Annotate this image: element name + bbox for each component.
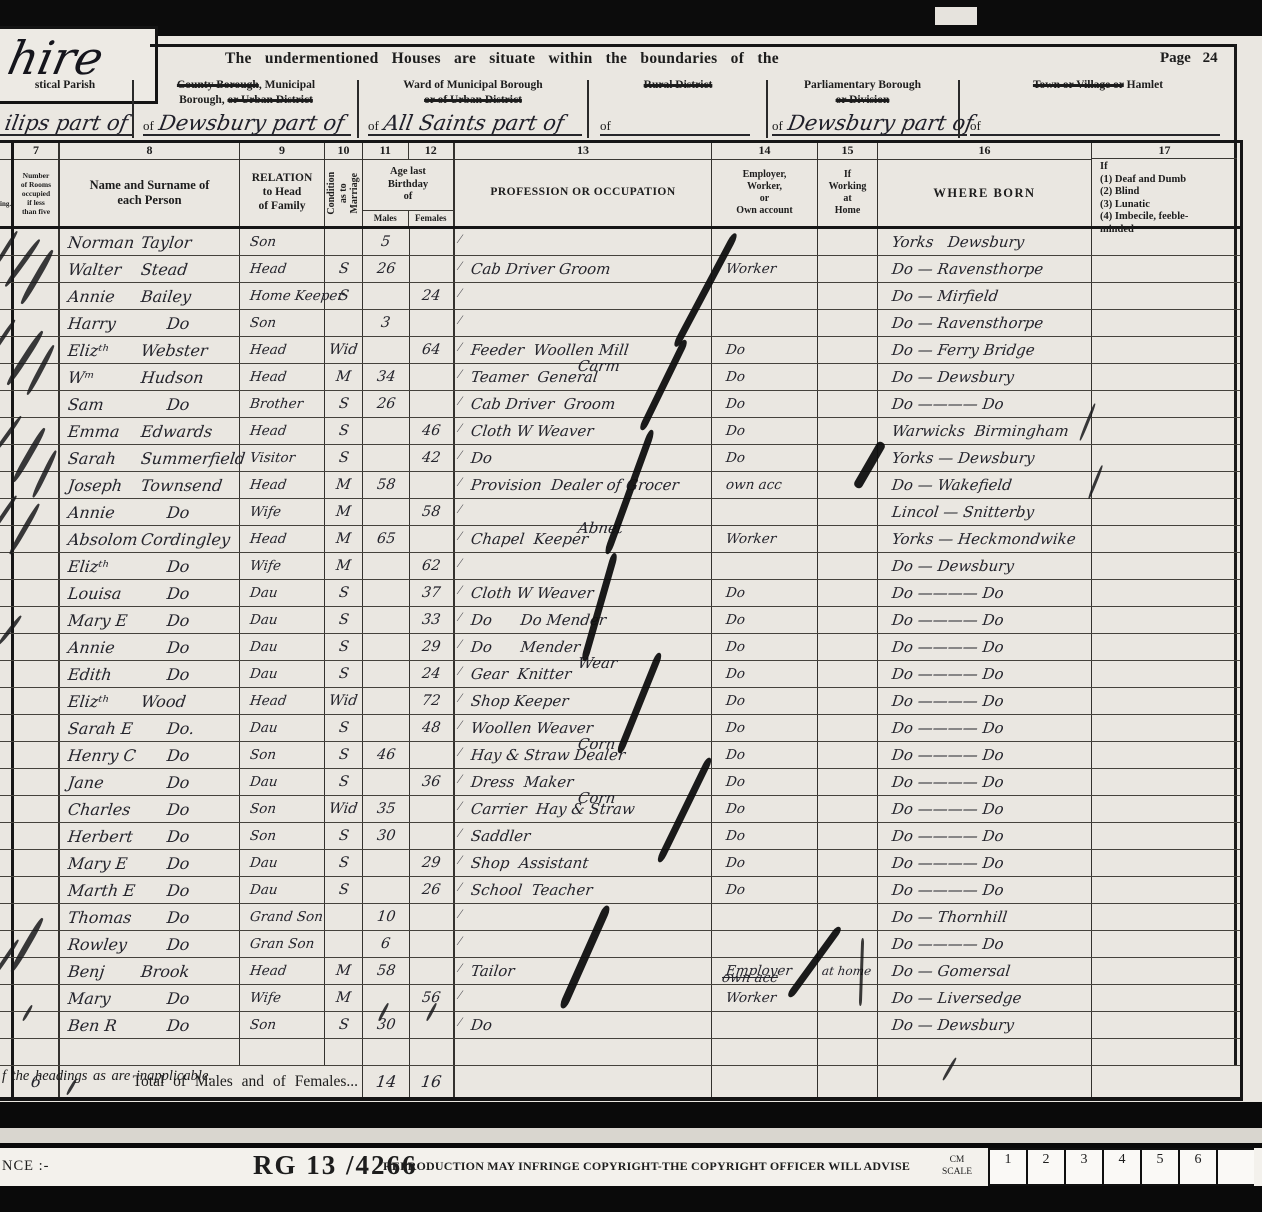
handwritten-entry: M bbox=[335, 531, 352, 547]
handwritten-entry: S bbox=[338, 747, 350, 763]
cell-relation: Son bbox=[240, 1012, 325, 1038]
cell-infirmity bbox=[1092, 796, 1237, 822]
cell-employer bbox=[712, 499, 818, 525]
cell-rooms bbox=[14, 391, 60, 417]
cell-age-female: 36 bbox=[410, 769, 455, 795]
handwritten-entry: 29 bbox=[421, 639, 441, 655]
cell-rooms bbox=[14, 580, 60, 606]
handwritten-entry: Gear Knitter bbox=[454, 665, 572, 683]
cell-condition: M bbox=[325, 472, 363, 498]
handwritten-entry: S bbox=[338, 288, 350, 304]
cell-name: RowleyDo bbox=[60, 931, 240, 957]
handwritten-entry: Visitor bbox=[239, 450, 296, 466]
handwritten-entry: Do ———— Do bbox=[877, 773, 1005, 791]
cm-scale-ruler: 123456 bbox=[988, 1148, 1254, 1186]
handwritten-entry: at home bbox=[817, 964, 872, 978]
cell-relation: Grand Son bbox=[240, 904, 325, 930]
census-row: AbsolomCordingleyHeadM65Chapel KeeperAbn… bbox=[0, 526, 1240, 553]
cell-relation: Son bbox=[240, 796, 325, 822]
handwritten-entry: Do bbox=[711, 882, 746, 898]
handwritten-entry: Do ———— Do bbox=[877, 395, 1005, 413]
cell-occupation bbox=[455, 310, 712, 336]
cell-infirmity bbox=[1092, 958, 1237, 984]
cell-name: SarahSummerfield bbox=[60, 445, 240, 471]
census-row: AnnieBaileyHome KeeperS24Do — Mirfield bbox=[0, 283, 1240, 310]
handwritten-entry: 26 bbox=[376, 396, 396, 412]
handwritten-entry: Do bbox=[166, 611, 191, 630]
copyright-notice: REPRODUCTION MAY INFRINGE COPYRIGHT-THE … bbox=[383, 1159, 910, 1174]
cell-where-born: Do ———— Do bbox=[878, 931, 1092, 957]
cell-where-born: Do — Ravensthorpe bbox=[878, 310, 1092, 336]
cell-employer: Do bbox=[712, 688, 818, 714]
handwritten-entry: S bbox=[338, 828, 350, 844]
cell-relation: Gran Son bbox=[240, 931, 325, 957]
handwritten-entry: Cordingley bbox=[139, 530, 230, 549]
handwritten-entry: 56 bbox=[421, 990, 441, 1006]
district-rural: Rural District of bbox=[592, 78, 764, 93]
cell-condition: M bbox=[325, 526, 363, 552]
cell-working-at-home bbox=[818, 526, 878, 552]
row-edge bbox=[0, 391, 14, 417]
cell-age-male bbox=[363, 337, 410, 363]
ruler-cell: 3 bbox=[1064, 1148, 1102, 1186]
handwritten-entry: Do bbox=[711, 423, 746, 439]
handwritten-entry: Head bbox=[239, 261, 287, 277]
handwritten-entry: Do ———— Do bbox=[877, 881, 1005, 899]
cell-employer: Worker bbox=[712, 526, 818, 552]
handwritten-entry: Head bbox=[239, 342, 287, 358]
cell-employer: Do bbox=[712, 445, 818, 471]
cell-relation: Son bbox=[240, 310, 325, 336]
handwritten-entry: Do bbox=[711, 720, 746, 736]
cell-age-female bbox=[410, 1012, 455, 1038]
cell-infirmity bbox=[1092, 391, 1237, 417]
cell-working-at-home bbox=[818, 877, 878, 903]
handwritten-entry: 30 bbox=[376, 828, 396, 844]
handwritten-entry: Do Do Mender bbox=[454, 611, 607, 629]
handwritten-entry: 65 bbox=[376, 531, 396, 547]
cell-infirmity bbox=[1092, 715, 1237, 741]
handwritten-entry: Yorks Dewsbury bbox=[877, 233, 1025, 251]
cell-working-at-home bbox=[818, 742, 878, 768]
cell-name: EdithDo bbox=[60, 661, 240, 687]
cell-occupation: Cloth W Weaver bbox=[455, 418, 712, 444]
cell-infirmity bbox=[1092, 661, 1237, 687]
cell-where-born: Do — Liversedge bbox=[878, 985, 1092, 1011]
cell-where-born: Warwicks Birmingham bbox=[878, 418, 1092, 444]
handwritten-entry: Mary E bbox=[59, 611, 129, 630]
handwritten-entry: Dau bbox=[239, 666, 279, 682]
column-header-age: 1112 Age last Birthday of MalesFemales bbox=[363, 143, 455, 226]
cell-relation: Head bbox=[240, 418, 325, 444]
row-edge bbox=[0, 472, 14, 498]
cell-condition: M bbox=[325, 364, 363, 390]
handwritten-entry: Walter bbox=[59, 260, 123, 279]
cell-infirmity bbox=[1092, 229, 1237, 255]
cell-condition: S bbox=[325, 607, 363, 633]
cell-occupation: Gear KnitterWear bbox=[455, 661, 712, 687]
column-header-employer: 14Employer, Worker, or Own account bbox=[712, 143, 818, 226]
cell-where-born: Do ———— Do bbox=[878, 877, 1092, 903]
cell-condition: M bbox=[325, 553, 363, 579]
census-row: ElizᵗʰDoWifeM62Do — Dewsbury bbox=[0, 553, 1240, 580]
column-header-condition: 10Condition as to Marriage bbox=[325, 143, 363, 226]
cell-relation: Dau bbox=[240, 634, 325, 660]
handwritten-entry: Summerfield bbox=[139, 449, 246, 468]
handwritten-entry: M bbox=[335, 558, 352, 574]
handwritten-entry: S bbox=[338, 450, 350, 466]
cell-occupation: Shop Keeper bbox=[455, 688, 712, 714]
handwritten-entry: Cloth W Weaver bbox=[454, 422, 595, 440]
cell-condition: S bbox=[325, 418, 363, 444]
cell-age-female bbox=[410, 742, 455, 768]
handwritten-entry: Do — Gomersal bbox=[877, 962, 1012, 980]
census-row: MaryDoWifeM56WorkerDo — Liversedge bbox=[0, 985, 1240, 1012]
cell-age-female: 46 bbox=[410, 418, 455, 444]
handwritten-entry: Do bbox=[166, 881, 191, 900]
table-body: NormanTaylorSon5Yorks DewsburyWalterStea… bbox=[0, 229, 1240, 1039]
handwritten-entry: Do bbox=[166, 989, 191, 1008]
handwritten-entry: Annie bbox=[59, 503, 116, 522]
handwritten-entry: Do bbox=[166, 827, 191, 846]
cell-occupation: Carrier Hay & StrawCorn bbox=[455, 796, 712, 822]
cell-occupation: Cab Driver Groom bbox=[455, 256, 712, 282]
cell-working-at-home bbox=[818, 607, 878, 633]
cell-where-born: Do — Mirfield bbox=[878, 283, 1092, 309]
cell-age-male: 30 bbox=[363, 1012, 410, 1038]
handwritten-entry: Do bbox=[166, 503, 191, 522]
handwritten-entry: Wid bbox=[328, 801, 359, 817]
census-row: SarahSummerfieldVisitorS42DoDoYorks — De… bbox=[0, 445, 1240, 472]
district-ecclesiastical-parish: stical Parish ilips part of bbox=[0, 78, 130, 93]
handwritten-entry: 34 bbox=[376, 369, 396, 385]
cell-employer bbox=[712, 1012, 818, 1038]
census-row: WᵐHudsonHeadM34Teamer GeneralCarmDoDo — … bbox=[0, 364, 1240, 391]
handwritten-entry: Do ———— Do bbox=[877, 719, 1005, 737]
cell-relation: Dau bbox=[240, 877, 325, 903]
form-footnote: f the headings as are inapplicable. bbox=[2, 1068, 212, 1085]
cell-employer bbox=[712, 553, 818, 579]
cell-age-female bbox=[410, 472, 455, 498]
handwritten-entry: Chapel Keeper bbox=[454, 530, 589, 548]
handwritten-entry: Do ———— Do bbox=[877, 854, 1005, 872]
cell-infirmity bbox=[1092, 526, 1237, 552]
handwritten-entry: M bbox=[335, 963, 352, 979]
cell-condition: S bbox=[325, 877, 363, 903]
ruler-cell: 2 bbox=[1026, 1148, 1064, 1186]
cell-infirmity bbox=[1092, 1012, 1237, 1038]
cell-working-at-home bbox=[818, 337, 878, 363]
cell-name: MaryDo bbox=[60, 985, 240, 1011]
cell-name: JosephTownsend bbox=[60, 472, 240, 498]
handwritten-entry: S bbox=[338, 720, 350, 736]
handwritten-entry: Louisa bbox=[59, 584, 123, 603]
cell-age-female bbox=[410, 526, 455, 552]
ruler-cell: 1 bbox=[988, 1148, 1026, 1186]
cell-age-male bbox=[363, 607, 410, 633]
cell-name: AnnieDo bbox=[60, 499, 240, 525]
district-county-borough: County Borough, Municipal Borough, or Ur… bbox=[137, 78, 355, 108]
handwritten-entry: own acc bbox=[721, 970, 779, 986]
census-row: Mary EDoDauS33Do Do MenderDoDo ———— Do bbox=[0, 607, 1240, 634]
cell-infirmity bbox=[1092, 499, 1237, 525]
cell-relation: Wife bbox=[240, 985, 325, 1011]
handwritten-entry: 72 bbox=[421, 693, 441, 709]
cell-condition: Wid bbox=[325, 796, 363, 822]
handwritten-entry: Wife bbox=[239, 504, 282, 520]
handwritten-entry: M bbox=[335, 369, 352, 385]
cell-relation: Dau bbox=[240, 850, 325, 876]
handwritten-entry: Do bbox=[711, 801, 746, 817]
handwritten-entry: Do — Dewsbury bbox=[877, 368, 1015, 386]
district-parliamentary-borough: Parliamentary Borough or Division ofDews… bbox=[770, 78, 955, 108]
cell-occupation: Do bbox=[455, 1012, 712, 1038]
ruler-cell: 4 bbox=[1102, 1148, 1140, 1186]
cell-infirmity bbox=[1092, 418, 1237, 444]
cell-where-born: Do ———— Do bbox=[878, 580, 1092, 606]
cell-where-born: Do — Dewsbury bbox=[878, 553, 1092, 579]
handwritten-entry: Do bbox=[166, 908, 191, 927]
document-top-border bbox=[150, 44, 1236, 47]
census-row: NormanTaylorSon5Yorks Dewsbury bbox=[0, 229, 1240, 256]
handwritten-entry: Do bbox=[166, 557, 191, 576]
cell-occupation: Do Do Mender bbox=[455, 607, 712, 633]
cell-age-male bbox=[363, 283, 410, 309]
census-row: EmmaEdwardsHeadS46Cloth W WeaverDoWarwic… bbox=[0, 418, 1240, 445]
handwritten-entry: Townsend bbox=[139, 476, 223, 495]
cell-occupation bbox=[455, 985, 712, 1011]
cell-age-male bbox=[363, 850, 410, 876]
cell-infirmity bbox=[1092, 985, 1237, 1011]
handwritten-entry: S bbox=[338, 423, 350, 439]
handwritten-entry: Do. bbox=[166, 719, 196, 738]
handwritten-entry: Do ———— Do bbox=[877, 800, 1005, 818]
handwritten-entry: Mary bbox=[59, 989, 112, 1008]
handwritten-entry: 58 bbox=[376, 963, 396, 979]
handwritten-entry: Do ———— Do bbox=[877, 827, 1005, 845]
row-edge bbox=[0, 661, 14, 687]
handwritten-entry: Dau bbox=[239, 882, 279, 898]
handwritten-entry: Bailey bbox=[139, 287, 191, 306]
handwritten-entry: Do — Wakefield bbox=[877, 476, 1013, 494]
cell-infirmity bbox=[1092, 634, 1237, 660]
column-header-occupation: 13PROFESSION OR OCCUPATION bbox=[455, 143, 712, 226]
cell-infirmity bbox=[1092, 445, 1237, 471]
row-edge bbox=[0, 904, 14, 930]
cell-occupation: Provision Dealer of Grocer bbox=[455, 472, 712, 498]
handwritten-entry: Annie bbox=[59, 638, 116, 657]
cell-age-male: 35 bbox=[363, 796, 410, 822]
handwritten-entry: Do bbox=[166, 665, 191, 684]
cell-working-at-home bbox=[818, 364, 878, 390]
cell-where-born: Do ———— Do bbox=[878, 688, 1092, 714]
row-edge bbox=[0, 553, 14, 579]
handwritten-entry: S bbox=[338, 585, 350, 601]
cell-employer: Do bbox=[712, 796, 818, 822]
handwritten-entry: Yorks — Heckmondwike bbox=[877, 530, 1077, 548]
handwritten-entry: Worker bbox=[711, 531, 777, 547]
handwritten-entry: School Teacher bbox=[454, 881, 594, 899]
cell-rooms bbox=[14, 769, 60, 795]
reference-label-partial: NCE :- bbox=[2, 1158, 49, 1175]
cell-name: WalterStead bbox=[60, 256, 240, 282]
cell-age-male: 5 bbox=[363, 229, 410, 255]
cell-relation: Brother bbox=[240, 391, 325, 417]
ruler-cell bbox=[1216, 1148, 1254, 1186]
cell-employer bbox=[712, 904, 818, 930]
handwritten-entry: Head bbox=[239, 693, 287, 709]
cell-condition: S bbox=[325, 769, 363, 795]
cell-employer bbox=[712, 283, 818, 309]
cell-occupation bbox=[455, 283, 712, 309]
handwritten-entry: Do ———— Do bbox=[877, 665, 1005, 683]
cell-relation: Wife bbox=[240, 499, 325, 525]
handwritten-entry: Taylor bbox=[139, 233, 192, 252]
handwritten-entry: Corn bbox=[577, 735, 617, 753]
cell-relation: Son bbox=[240, 823, 325, 849]
cell-age-male: 34 bbox=[363, 364, 410, 390]
empty-row bbox=[0, 1039, 1240, 1066]
totals-males: 14 bbox=[363, 1066, 410, 1097]
handwritten-entry: Do bbox=[711, 855, 746, 871]
cell-employer: Do bbox=[712, 823, 818, 849]
handwritten-entry: 29 bbox=[421, 855, 441, 871]
cell-employer: own acc bbox=[712, 472, 818, 498]
cell-age-female: 48 bbox=[410, 715, 455, 741]
cell-working-at-home bbox=[818, 391, 878, 417]
cell-where-born: Yorks — Heckmondwike bbox=[878, 526, 1092, 552]
handwritten-entry: Dau bbox=[239, 720, 279, 736]
handwritten-entry: Lincol — Snitterby bbox=[877, 503, 1035, 521]
handwritten-entry: Cab Driver Groom bbox=[454, 260, 612, 278]
handwritten-entry: S bbox=[338, 639, 350, 655]
cell-working-at-home bbox=[818, 499, 878, 525]
handwritten-entry: Elizᵗʰ bbox=[59, 557, 111, 576]
cell-employer: Do bbox=[712, 742, 818, 768]
cell-name: EmmaEdwards bbox=[60, 418, 240, 444]
handwritten-entry: Son bbox=[239, 234, 277, 250]
cell-rooms bbox=[14, 796, 60, 822]
cell-rooms bbox=[14, 715, 60, 741]
cell-infirmity bbox=[1092, 310, 1237, 336]
cell-name: CharlesDo bbox=[60, 796, 240, 822]
handwritten-entry: Head bbox=[239, 423, 287, 439]
cell-occupation: Hay & Straw DealerCorn bbox=[455, 742, 712, 768]
handwritten-entry: Do ———— Do bbox=[877, 692, 1005, 710]
row-edge bbox=[0, 1012, 14, 1038]
cell-where-born: Do — Wakefield bbox=[878, 472, 1092, 498]
handwritten-entry: 36 bbox=[421, 774, 441, 790]
district-label: Rural District bbox=[592, 78, 764, 93]
cell-working-at-home bbox=[818, 688, 878, 714]
cell-relation: Head bbox=[240, 364, 325, 390]
cell-working-at-home bbox=[818, 769, 878, 795]
handwritten-entry: Do bbox=[711, 450, 746, 466]
cell-age-male: 30 bbox=[363, 823, 410, 849]
cell-condition: Wid bbox=[325, 337, 363, 363]
cell-condition: S bbox=[325, 580, 363, 606]
handwritten-entry: Annie bbox=[59, 287, 116, 306]
handwritten-entry: Wid bbox=[328, 693, 359, 709]
cell-working-at-home bbox=[818, 283, 878, 309]
cell-condition: S bbox=[325, 742, 363, 768]
cell-name: HerbertDo bbox=[60, 823, 240, 849]
cell-age-female: 72 bbox=[410, 688, 455, 714]
cell-age-male: 6 bbox=[363, 931, 410, 957]
census-row: JosephTownsendHeadM58Provision Dealer of… bbox=[0, 472, 1240, 499]
cell-rooms bbox=[14, 607, 60, 633]
cell-employer: Worker bbox=[712, 985, 818, 1011]
handwritten-entry: Do — Ferry Bridge bbox=[877, 341, 1036, 359]
cell-age-male bbox=[363, 499, 410, 525]
cell-infirmity bbox=[1092, 472, 1237, 498]
census-scan-page: hire The undermentioned Houses are situa… bbox=[0, 0, 1262, 1212]
cell-name: Mary EDo bbox=[60, 850, 240, 876]
cell-age-female bbox=[410, 904, 455, 930]
cell-condition: M bbox=[325, 499, 363, 525]
cell-age-female bbox=[410, 796, 455, 822]
census-row: ElizᵗʰWoodHeadWid72Shop KeeperDoDo ———— … bbox=[0, 688, 1240, 715]
cell-occupation bbox=[455, 904, 712, 930]
handwritten-entry: Charles bbox=[59, 800, 132, 819]
handwritten-entry: M bbox=[335, 990, 352, 1006]
handwritten-entry: own acc bbox=[711, 477, 783, 493]
cell-infirmity bbox=[1092, 742, 1237, 768]
cell-where-born: Do — Dewsbury bbox=[878, 1012, 1092, 1038]
census-row: SamDoBrotherS26Cab Driver GroomDoDo ————… bbox=[0, 391, 1240, 418]
district-ward: Ward of Municipal Borough or of Urban Di… bbox=[362, 78, 584, 108]
cell-age-male bbox=[363, 769, 410, 795]
cell-age-male: 10 bbox=[363, 904, 410, 930]
handwritten-entry: Son bbox=[239, 1017, 277, 1033]
cell-infirmity bbox=[1092, 337, 1237, 363]
handwritten-entry: Hudson bbox=[139, 368, 204, 387]
row-edge bbox=[0, 850, 14, 876]
cell-name: ElizᵗʰWebster bbox=[60, 337, 240, 363]
handwritten-entry: Tailor bbox=[454, 962, 516, 980]
handwritten-entry: Rowley bbox=[59, 935, 128, 954]
handwritten-entry: Wid bbox=[328, 342, 359, 358]
handwritten-entry: Do — Liversedge bbox=[877, 989, 1023, 1007]
cell-name: SamDo bbox=[60, 391, 240, 417]
handwritten-entry: 26 bbox=[421, 882, 441, 898]
cell-where-born: Do ———— Do bbox=[878, 661, 1092, 687]
cell-employer: Do bbox=[712, 364, 818, 390]
district-label: stical Parish bbox=[0, 78, 130, 93]
handwritten-entry: M bbox=[335, 477, 352, 493]
cell-condition: S bbox=[325, 1012, 363, 1038]
cell-infirmity bbox=[1092, 553, 1237, 579]
cell-relation: Dau bbox=[240, 580, 325, 606]
cell-condition: S bbox=[325, 715, 363, 741]
handwritten-entry: Yorks — Dewsbury bbox=[877, 449, 1036, 467]
cell-condition: S bbox=[325, 634, 363, 660]
handwritten-entry: 33 bbox=[421, 612, 441, 628]
handwritten-entry: Do bbox=[711, 369, 746, 385]
handwritten-entry: Do bbox=[711, 666, 746, 682]
handwritten-entry: Do — Dewsbury bbox=[877, 1016, 1015, 1034]
cell-rooms bbox=[14, 634, 60, 660]
handwritten-entry: S bbox=[338, 261, 350, 277]
handwritten-entry: 64 bbox=[421, 342, 441, 358]
district-value: ofDewsbury part of bbox=[772, 104, 967, 136]
handwritten-entry: Jane bbox=[59, 773, 105, 792]
scan-gap bbox=[0, 1128, 1262, 1143]
cell-infirmity bbox=[1092, 256, 1237, 282]
cell-rooms bbox=[14, 688, 60, 714]
row-edge bbox=[0, 283, 14, 309]
cell-employer bbox=[712, 931, 818, 957]
